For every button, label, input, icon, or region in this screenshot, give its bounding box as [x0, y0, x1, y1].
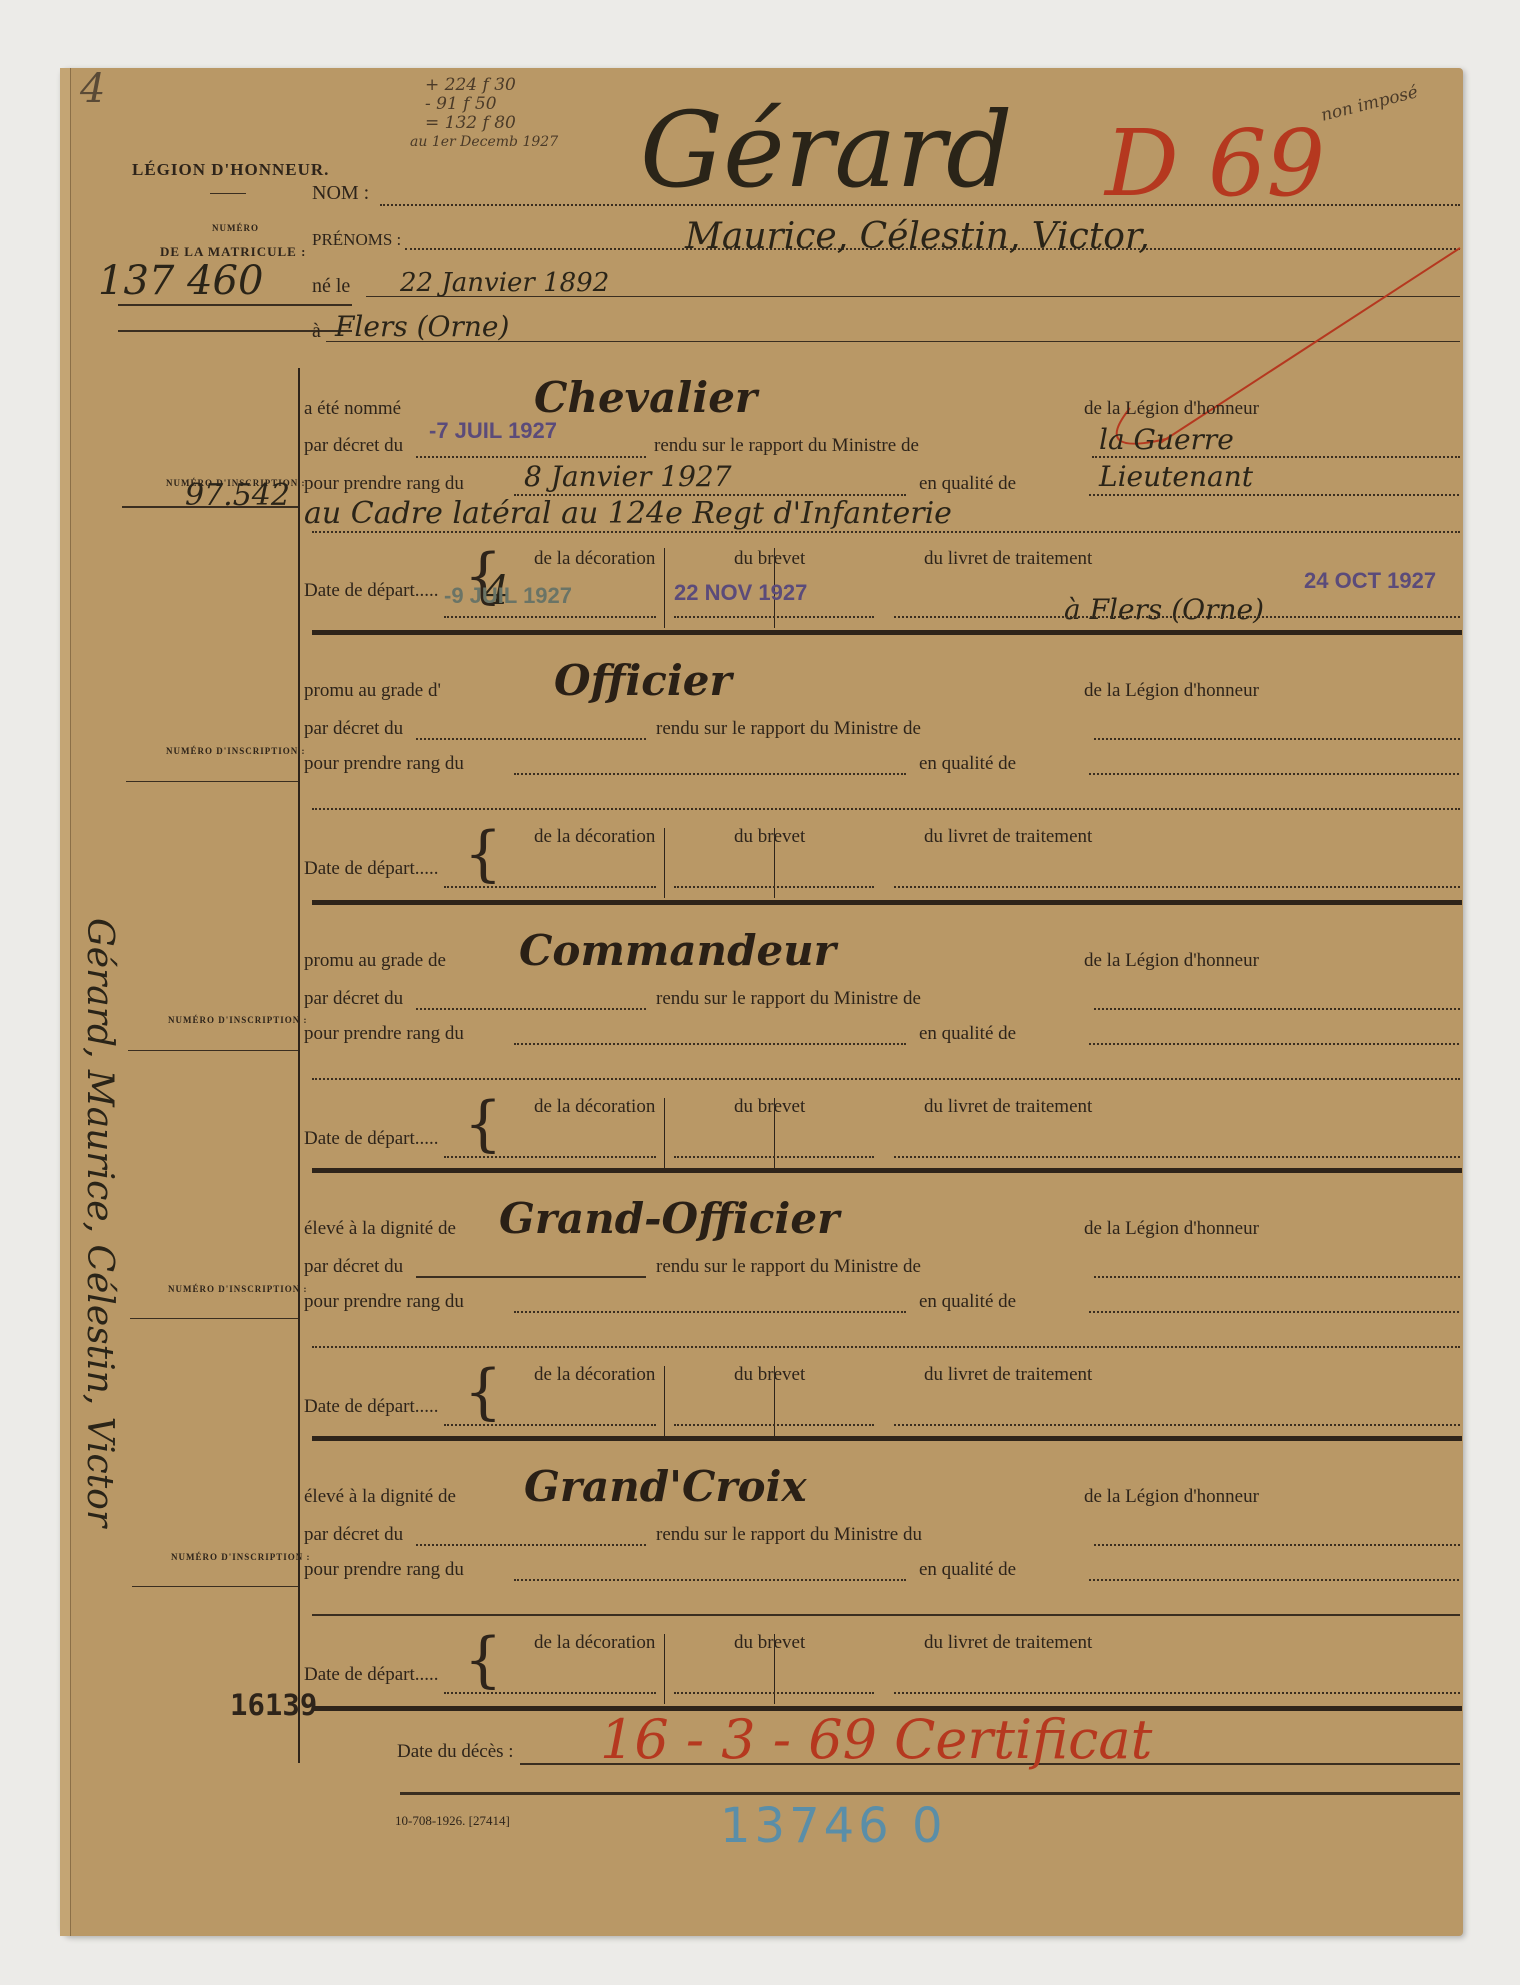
qualite-label: en qualité de — [919, 473, 1016, 495]
section-separator — [312, 900, 1462, 905]
col-divider — [664, 1634, 665, 1704]
ministre-label: rendu sur le rapport du Ministre de — [656, 1256, 921, 1278]
nom-value: Gérard — [640, 98, 1013, 202]
qualite-line — [1089, 1311, 1459, 1313]
qualite-value: Lieutenant — [1099, 460, 1253, 493]
livret-line — [894, 1692, 1460, 1694]
col-divider — [664, 828, 665, 898]
matricule-value: 137 460 — [98, 258, 263, 304]
prenoms-label: PRÉNOMS : — [312, 230, 401, 250]
calc-line: au 1er Decemb 1927 — [410, 133, 558, 152]
corner-mark: 4 — [80, 66, 105, 112]
brace-icon: { — [464, 1362, 502, 1422]
decoration-line — [444, 886, 656, 888]
rang-label: pour prendre rang du — [304, 1023, 464, 1045]
ministre-label: rendu sur le rapport du Ministre de — [654, 435, 919, 457]
blue-archive-number: 13746 0 — [720, 1798, 947, 1854]
col-livret: du livret de traitement — [924, 1364, 1092, 1386]
rang-label: pour prendre rang du — [304, 473, 464, 495]
suffix-label: de la Légion d'honneur — [1084, 1486, 1259, 1508]
brevet-line — [674, 1156, 874, 1158]
extra-line — [312, 1078, 1460, 1080]
deces-label: Date du décès : — [397, 1741, 514, 1763]
brace-icon: { — [464, 824, 502, 884]
brevet-line — [674, 616, 874, 618]
depart-label: Date de départ..... — [304, 1664, 439, 1686]
decret-line — [416, 1276, 646, 1278]
rang-line — [514, 1311, 906, 1313]
section-grand-croix: élevé à la dignité de Grand'Croix de la … — [304, 1444, 1464, 1706]
decret-label: par décret du — [304, 988, 403, 1010]
divider — [210, 193, 246, 194]
red-annotation: D 69 — [1105, 118, 1325, 210]
decret-line — [416, 738, 646, 740]
decoration-line — [444, 1424, 656, 1426]
ministre-line — [1094, 1276, 1460, 1278]
livret-stamp: 24 OCT 1927 — [1304, 568, 1436, 594]
qualite-line — [1089, 494, 1459, 496]
rang-line — [514, 1579, 906, 1581]
nom-label: NOM : — [312, 182, 369, 205]
col-livret: du livret de traitement — [924, 548, 1092, 570]
depart-label: Date de départ..... — [304, 858, 439, 880]
a-value: Flers (Orne) — [335, 310, 509, 343]
inscription-label: NUMÉRO D'INSCRIPTION : — [168, 1284, 308, 1294]
col-brevet: du brevet — [734, 1096, 805, 1118]
calc-line: + 224 f 30 — [425, 76, 558, 95]
inscription-label: NUMÉRO D'INSCRIPTION : — [171, 1552, 311, 1562]
intro-label: a été nommé — [304, 398, 401, 420]
ministre-label: rendu sur le rapport du Ministre de — [656, 988, 921, 1010]
livret-line — [894, 1424, 1460, 1426]
grade-title: Commandeur — [519, 926, 836, 975]
col-decoration: de la décoration — [534, 1096, 655, 1118]
col-divider — [664, 548, 665, 628]
decret-label: par décret du — [304, 1524, 403, 1546]
intro-label: élevé à la dignité de — [304, 1218, 456, 1240]
decret-label: par décret du — [304, 718, 403, 740]
brevet-line — [674, 1424, 874, 1426]
grade-title: Chevalier — [534, 373, 757, 422]
rang-label: pour prendre rang du — [304, 1559, 464, 1581]
decoration-stamp: -9 JUIL 1927 — [444, 583, 572, 609]
vertical-name: Gérard, Maurice, Célestin, Victor — [79, 918, 120, 1527]
extra-line — [312, 808, 1460, 810]
inscription-line — [132, 1586, 298, 1587]
col-livret: du livret de traitement — [924, 826, 1092, 848]
ministre-line — [1094, 1544, 1460, 1546]
inscription-line — [122, 506, 298, 508]
inscription-line — [130, 1318, 298, 1319]
suffix-label: de la Légion d'honneur — [1084, 950, 1259, 972]
section-grand-officier: élevé à la dignité de Grand-Officier de … — [304, 1176, 1464, 1438]
col-divider — [664, 1098, 665, 1168]
ministre-label: rendu sur le rapport du Ministre de — [656, 718, 921, 740]
qualite-label: en qualité de — [919, 1291, 1016, 1313]
suffix-label: de la Légion d'honneur — [1084, 398, 1259, 420]
ne-le-label: né le — [312, 275, 350, 298]
col-livret: du livret de traitement — [924, 1632, 1092, 1654]
section-separator — [312, 630, 1462, 635]
grade-title: Grand-Officier — [499, 1194, 839, 1243]
ne-le-value: 22 Janvier 1892 — [400, 268, 609, 298]
qualite-line — [1089, 1043, 1459, 1045]
depart-label: Date de départ..... — [304, 580, 439, 602]
document-sheet: 4 LÉGION D'HONNEUR. NUMÉRO DE LA MATRICU… — [60, 68, 1463, 1936]
col-brevet: du brevet — [734, 826, 805, 848]
rang-label: pour prendre rang du — [304, 1291, 464, 1313]
qualite-line — [1089, 1579, 1459, 1581]
ministre-line — [1092, 456, 1460, 458]
inscription-label: NUMÉRO D'INSCRIPTION : — [168, 1015, 308, 1025]
brevet-stamp: 22 NOV 1927 — [674, 580, 807, 606]
brevet-line — [674, 886, 874, 888]
livret-line — [894, 616, 1460, 618]
decret-line — [416, 1544, 646, 1546]
decoration-line — [444, 1156, 656, 1158]
col-decoration: de la décoration — [534, 1364, 655, 1386]
grade-title: Officier — [554, 656, 732, 705]
livret-line — [894, 1156, 1460, 1158]
qualite-line — [1089, 773, 1459, 775]
note-non-impose: non imposé — [1319, 82, 1420, 125]
decret-label: par décret du — [304, 1256, 403, 1278]
section-separator — [312, 1168, 1462, 1173]
rang-line — [514, 1043, 906, 1045]
col-livret: du livret de traitement — [924, 1096, 1092, 1118]
extra-line — [312, 1346, 1460, 1348]
qualite-label: en qualité de — [919, 1023, 1016, 1045]
col-decoration: de la décoration — [534, 548, 655, 570]
extra-line — [312, 531, 1460, 533]
rang-line — [514, 773, 906, 775]
a-label: à — [312, 320, 321, 343]
livret-line — [894, 886, 1460, 888]
ministre-value: la Guerre — [1099, 423, 1234, 456]
col-decoration: de la décoration — [534, 826, 655, 848]
matricule-underline — [118, 304, 352, 306]
intro-label: élevé à la dignité de — [304, 1486, 456, 1508]
col-brevet: du brevet — [734, 1364, 805, 1386]
intro-label: promu au grade de — [304, 950, 446, 972]
suffix-label: de la Légion d'honneur — [1084, 1218, 1259, 1240]
decret-line — [416, 456, 646, 458]
section-chevalier: a été nommé Chevalier de la Légion d'hon… — [304, 368, 1464, 630]
brevet-line — [674, 1692, 874, 1694]
inscription-line — [128, 1050, 298, 1051]
org-title: LÉGION D'HONNEUR. — [132, 160, 329, 180]
extra-line-value: au Cadre latéral au 124e Regt d'Infanter… — [304, 496, 952, 531]
suffix-label: de la Légion d'honneur — [1084, 680, 1259, 702]
decoration-line — [444, 1692, 656, 1694]
ministre-line — [1094, 1008, 1460, 1010]
inscription-label: NUMÉRO D'INSCRIPTION : — [166, 746, 306, 756]
bottom-rule — [400, 1792, 1460, 1795]
livret-place: à Flers (Orne) — [1064, 593, 1264, 626]
decret-line — [416, 1008, 646, 1010]
section-separator — [312, 1436, 1462, 1441]
section-officier: promu au grade d' Officier de la Légion … — [304, 638, 1464, 900]
col-brevet: du brevet — [734, 548, 805, 570]
decoration-line — [444, 616, 656, 618]
print-reference: 10-708-1926. [27414] — [395, 1813, 510, 1829]
rang-value: 8 Janvier 1927 — [524, 460, 732, 493]
col-divider — [664, 1366, 665, 1436]
brace-icon: { — [464, 1094, 502, 1154]
deces-value: 16 - 3 - 69 Certificat — [600, 1708, 1152, 1771]
qualite-label: en qualité de — [919, 1559, 1016, 1581]
calc-line: - 91 f 50 — [425, 95, 558, 114]
section-commandeur: promu au grade de Commandeur de la Légio… — [304, 908, 1464, 1170]
inscription-line — [126, 781, 298, 782]
brace-icon: { — [464, 1630, 502, 1690]
decret-stamp: -7 JUIL 1927 — [429, 418, 557, 444]
ministre-line — [1094, 738, 1460, 740]
grade-title: Grand'Croix — [524, 1462, 807, 1511]
rang-label: pour prendre rang du — [304, 753, 464, 775]
col-brevet: du brevet — [734, 1632, 805, 1654]
extra-line — [312, 1614, 1460, 1616]
matricule-label: NUMÉRO — [212, 223, 259, 233]
col-decoration: de la décoration — [534, 1632, 655, 1654]
qualite-label: en qualité de — [919, 753, 1016, 775]
calculation-note: + 224 f 30 - 91 f 50 = 132 f 80 au 1er D… — [425, 76, 558, 152]
ministre-label: rendu sur le rapport du Ministre du — [656, 1524, 922, 1546]
intro-label: promu au grade d' — [304, 680, 441, 702]
depart-label: Date de départ..... — [304, 1128, 439, 1150]
depart-label: Date de départ..... — [304, 1396, 439, 1418]
decret-label: par décret du — [304, 435, 403, 457]
calc-line: = 132 f 80 — [425, 114, 558, 133]
